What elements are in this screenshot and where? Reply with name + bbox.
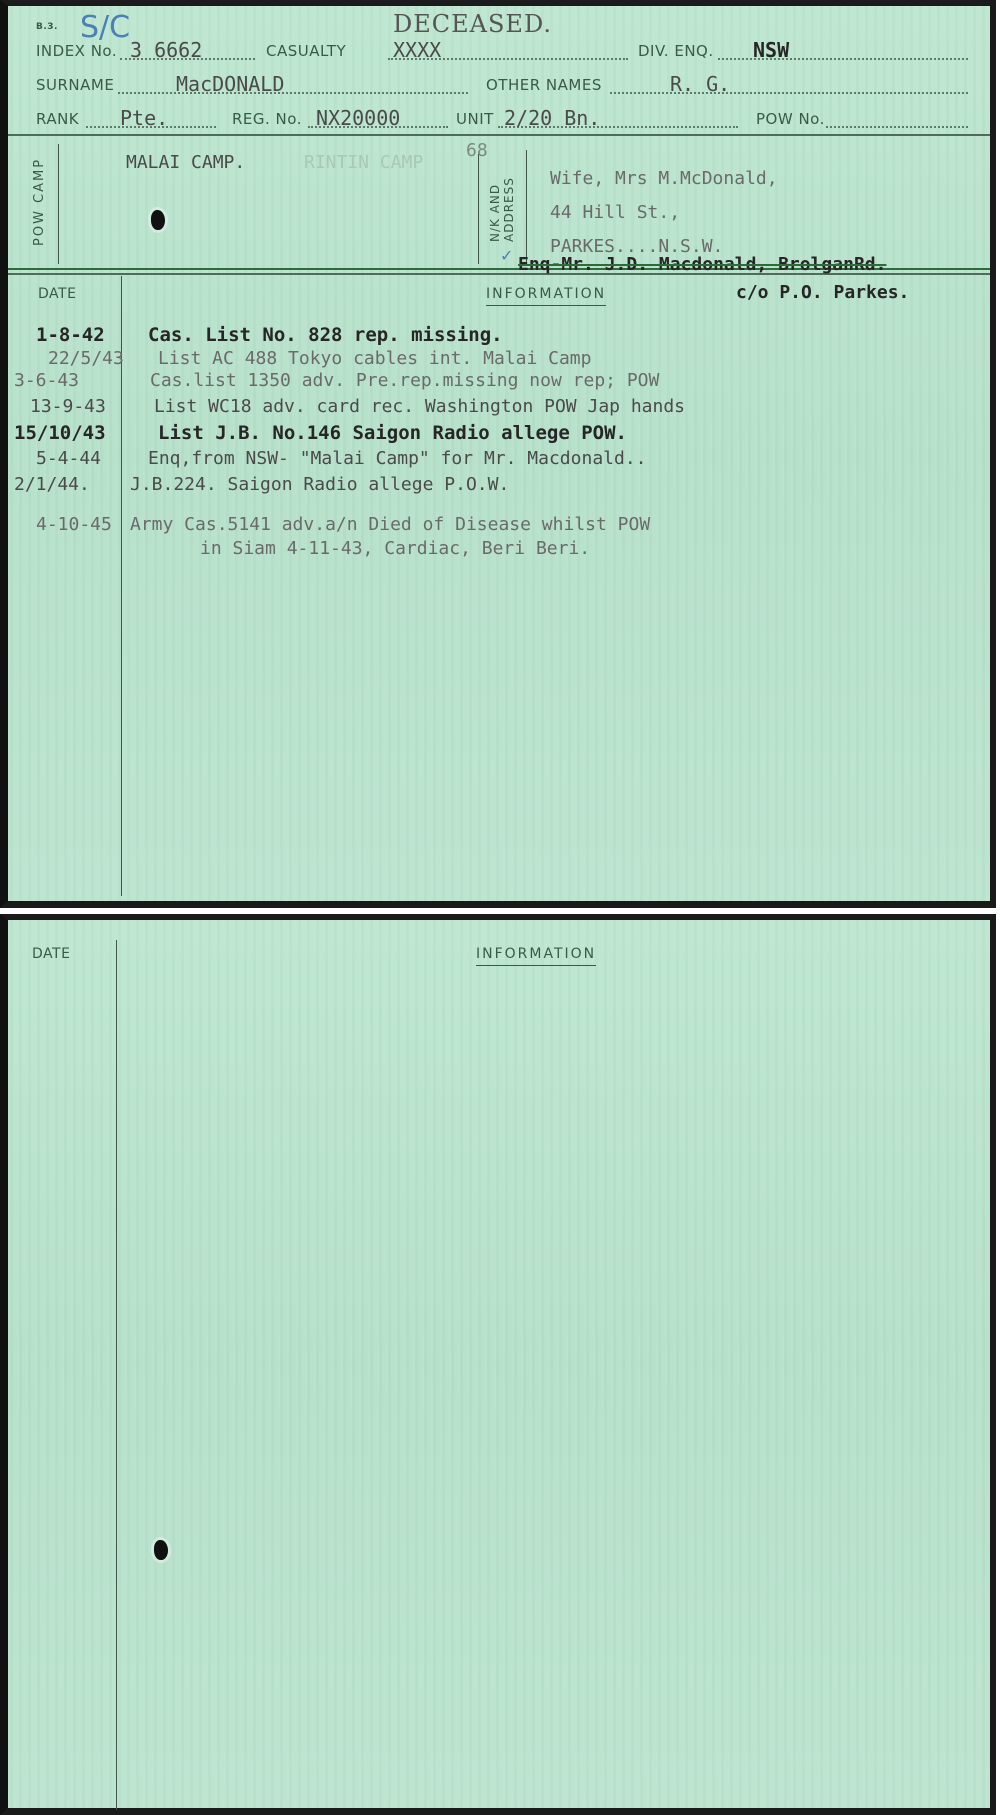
entry-information: in Siam 4-11-43, Cardiac, Beri Beri. (200, 538, 590, 559)
enquiry-line-2: c/o P.O. Parkes. (736, 282, 909, 303)
entry-date: 3-6-43 (14, 370, 79, 391)
entry-date: 15/10/43 (14, 422, 106, 444)
rank-value: Pte. (120, 106, 168, 130)
entry-date: 1-8-42 (36, 324, 105, 346)
nk-and-label: N/K AND (488, 184, 502, 242)
rank-label: RANK (36, 110, 79, 128)
back-date-column-header: DATE (32, 946, 70, 962)
nk-line-1: Wife, Mrs M.McDonald, (550, 168, 778, 189)
index-no-value: 3 6662 (130, 38, 202, 62)
reg-no-value: NX20000 (316, 106, 400, 130)
information-column-header: INFORMATION (486, 286, 606, 306)
entry-information: Army Cas.5141 adv.a/n Died of Disease wh… (130, 514, 650, 535)
pow-no-label: POW No. (756, 110, 825, 128)
entry-date: 22/5/43 (48, 348, 124, 369)
entry-date: 5-4-44 (36, 448, 101, 469)
pow-camp-value: MALAI CAMP. (126, 152, 245, 173)
punch-hole (154, 1540, 168, 1560)
entry-information: Enq,from NSW- "Malai Camp" for Mr. Macdo… (148, 448, 647, 469)
other-names-value: R. G. (670, 72, 730, 96)
entry-information: List AC 488 Tokyo cables int. Malai Camp (158, 348, 591, 369)
other-names-dotted-line (610, 92, 968, 94)
header-divider (8, 134, 990, 136)
entry-information: List J.B. No.146 Saigon Radio allege POW… (158, 422, 627, 444)
div-enq-value: NSW (753, 38, 789, 62)
unit-label: UNIT (456, 110, 494, 128)
entry-information: Cas. List No. 828 rep. missing. (148, 324, 503, 346)
form-code: B.3. (36, 22, 58, 32)
entry-date: 4-10-45 (36, 514, 112, 535)
back-information-column-header: INFORMATION (476, 946, 596, 966)
pow-camp-divider (58, 144, 59, 264)
pow-camp-label: POW CAMP (32, 158, 47, 246)
back-date-column-divider (116, 940, 117, 1810)
reg-no-label: REG. No. (232, 110, 302, 128)
card-back: DATE INFORMATION (0, 914, 996, 1815)
other-names-label: OTHER NAMES (486, 76, 602, 94)
div-enq-label: DIV. ENQ. (638, 42, 714, 60)
address-label: ADDRESS (502, 177, 516, 242)
nk-line-2: 44 Hill St., (550, 202, 680, 223)
blue-tick-mark: ✓ (500, 246, 513, 265)
pow-no-dotted-line (826, 126, 968, 128)
punch-hole (151, 210, 165, 230)
date-column-divider (121, 276, 122, 896)
handwritten-annotation: S/C (80, 10, 130, 45)
entry-date: 13-9-43 (30, 396, 106, 417)
surname-value: MacDONALD (176, 72, 284, 96)
date-column-header: DATE (38, 286, 76, 302)
pow-camp-number: 68 (466, 140, 488, 161)
entry-information: J.B.224. Saigon Radio allege P.O.W. (130, 474, 509, 495)
unit-value: 2/20 Bn. (504, 106, 600, 130)
deceased-stamp: DECEASED. (393, 10, 552, 38)
surname-dotted-line (118, 92, 468, 94)
pow-camp-faded-overtype: RINTIN CAMP (304, 152, 423, 173)
entry-information: Cas.list 1350 adv. Pre.rep.missing now r… (150, 370, 659, 391)
card-front: B.3. S/C DECEASED. INDEX No. 3 6662 CASU… (0, 0, 996, 908)
casualty-value: XXXX (393, 38, 441, 62)
index-no-label: INDEX No. (36, 42, 117, 60)
nk-left-divider (478, 154, 479, 264)
enquiry-line-1: Enq-Mr. J.D. Macdonald, BrolganRd. (518, 254, 886, 275)
casualty-label: CASUALTY (266, 42, 346, 60)
nk-right-divider (526, 150, 527, 264)
surname-label: SURNAME (36, 76, 114, 94)
entry-date: 2/1/44. (14, 474, 90, 495)
entry-information: List WC18 adv. card rec. Washington POW … (154, 396, 685, 417)
